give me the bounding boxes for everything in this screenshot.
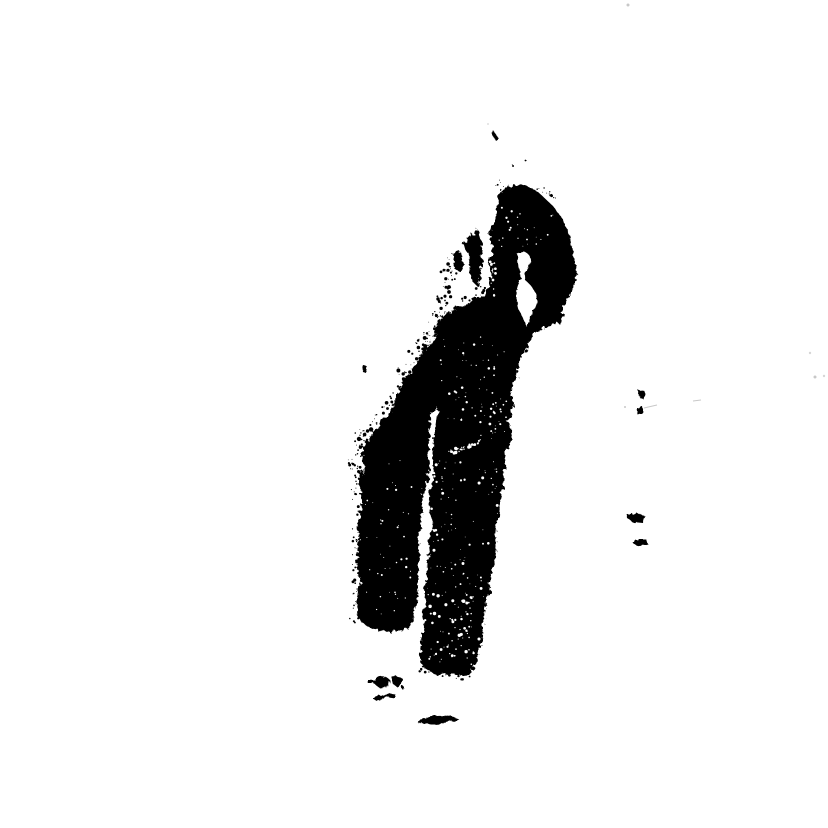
torso-left-band-speck	[374, 418, 375, 419]
right-leg-white-pepper-speck	[488, 608, 490, 610]
torso-left-band-speck	[428, 351, 429, 352]
head-left-trail-speck	[443, 270, 445, 272]
hip-left-band-speck	[357, 466, 358, 467]
torso-left-band-speck	[424, 334, 425, 335]
left-leg-white-pepper-speck	[409, 577, 411, 579]
neck-white-pepper-speck	[491, 438, 492, 439]
shoulder-band-speck	[483, 297, 484, 298]
torso-white-pepper-speck	[483, 360, 484, 361]
head-left-trail-speck	[449, 266, 450, 267]
head-left-trail-speck	[449, 295, 452, 298]
torso-left-band-speck	[411, 353, 413, 355]
right-leg-white-pepper-speck	[461, 645, 462, 646]
torso-left-band-speck	[374, 439, 378, 443]
shoulder-band-speck	[480, 286, 481, 287]
torso-left-band-speck	[417, 365, 418, 366]
neck-white-pepper-speck	[493, 412, 495, 414]
hip-left-band-speck	[357, 468, 358, 469]
torso-left-band-speck	[402, 398, 404, 400]
torso-left-band-speck	[399, 374, 400, 375]
torso-left-band-speck	[410, 378, 411, 379]
foot-bottom-specks-speck	[457, 675, 459, 677]
head-white-pepper-speck	[534, 227, 535, 228]
right-leg-white-pepper-speck	[435, 463, 438, 466]
left-leg-edge-speck	[352, 564, 353, 565]
torso-left-band-speck	[375, 443, 376, 444]
foot-white-pepper-speck	[439, 661, 440, 662]
shoulder-band-speck	[470, 303, 471, 304]
faint-speck-near-tick	[487, 123, 489, 125]
foot-bottom-specks-speck	[467, 669, 470, 672]
foot-bottom-specks-speck	[447, 671, 449, 673]
right-leg-white-pepper-speck	[488, 629, 489, 630]
torso-left-band-speck	[407, 402, 410, 405]
shoulder-band-speck	[445, 302, 448, 305]
torso-left-band-speck	[433, 341, 434, 342]
shoulder-band-speck	[481, 291, 484, 294]
hip-left-band-speck	[352, 459, 353, 460]
head-left-trail-speck	[446, 262, 450, 266]
torso-left-band-speck	[410, 396, 411, 397]
torso-white-pepper-speck	[463, 343, 464, 344]
right-leg-white-pepper-speck	[451, 562, 452, 563]
right-leg-white-pepper-speck	[433, 549, 436, 552]
right-leg-white-pepper-speck	[451, 514, 453, 516]
torso-left-band-speck	[397, 385, 399, 387]
tuft-channel-white-speck	[493, 288, 494, 289]
right-leg-white-pepper-speck	[494, 639, 495, 640]
tuft-channel-white-speck	[489, 253, 490, 254]
right-leg-white-pepper-speck	[498, 601, 499, 602]
shoulder-band-speck	[472, 310, 475, 313]
torso-left-band-speck	[429, 366, 431, 368]
shoulder-band-speck	[477, 301, 478, 302]
head-left-trail-speck	[451, 279, 453, 281]
foot-bottom-specks-speck	[445, 674, 446, 675]
torso-left-band-speck	[367, 448, 369, 450]
right-leg-white-pepper-speck	[433, 541, 434, 542]
tuft-channel-white-speck	[494, 262, 496, 264]
torso-left-band-speck	[372, 431, 373, 432]
torso-white-pepper-speck	[471, 407, 472, 408]
foot-white-pepper-speck	[462, 637, 463, 638]
torso-white-pepper-speck	[454, 418, 455, 419]
right-leg-white-pepper-speck	[497, 568, 499, 570]
head-left-trail-speck	[444, 313, 445, 314]
torso-white-pepper-speck	[443, 339, 444, 340]
left-leg-edge-speck	[358, 520, 360, 522]
right-leg-white-pepper-speck	[460, 549, 461, 550]
head-left-trail-speck	[453, 259, 454, 260]
foot-white-pepper-speck	[429, 656, 430, 657]
right-leg-white-pepper-speck	[488, 649, 489, 650]
waist-white-streak-speck	[448, 451, 449, 452]
foot-bottom-specks-speck	[430, 669, 433, 672]
torso-left-band-speck	[417, 379, 418, 380]
head-top-specks-speck	[495, 185, 496, 186]
hip-left-band-speck	[358, 438, 360, 440]
neck-white-pepper-speck	[479, 421, 481, 423]
right-leg-white-pepper-speck	[467, 577, 469, 579]
hip-left-band-speck	[360, 456, 362, 458]
left-leg-edge-speck	[358, 532, 359, 533]
shoulder-band-speck	[454, 312, 455, 313]
foot-white-pepper-speck	[460, 633, 463, 636]
foot-bottom-specks-speck	[450, 673, 451, 674]
left-leg-white-pepper-speck	[386, 488, 388, 490]
hip-left-band-speck	[357, 449, 359, 451]
foot-bottom-specks-speck	[452, 670, 454, 672]
foot-bottom-specks-speck	[440, 667, 442, 669]
right-leg-white-pepper-speck	[438, 463, 439, 464]
head-white-pepper-speck	[519, 213, 520, 214]
foot-white-pepper-speck	[444, 647, 445, 648]
torso-left-band-speck	[419, 355, 420, 356]
neck-white-pepper-speck	[489, 423, 492, 426]
torso-white-pepper-speck	[455, 391, 457, 393]
left-leg-white-pepper-speck	[380, 554, 381, 555]
left-leg-edge-speck	[358, 553, 359, 554]
right-leg-white-pepper-speck	[473, 651, 474, 652]
torso-white-pepper-speck	[441, 380, 442, 381]
tuft-channel-white-speck	[491, 277, 492, 278]
right-leg-white-pepper-speck	[431, 568, 432, 569]
torso-white-pepper-speck	[474, 415, 476, 417]
right-leg-white-pepper-speck	[498, 643, 499, 644]
head-white-pepper-speck	[517, 217, 518, 218]
right-leg-white-pepper-speck	[481, 476, 484, 479]
head-top-specks-speck	[529, 195, 530, 196]
left-leg-white-pepper-speck	[389, 546, 390, 547]
left-leg-edge-speck	[358, 591, 359, 592]
hip-left-band-speck	[370, 436, 371, 437]
shoulder-band-speck	[462, 300, 463, 301]
neck-white-pepper-speck	[490, 408, 492, 410]
shoulder-band-speck	[475, 299, 477, 301]
shoulder-band-speck	[471, 305, 472, 306]
left-leg-white-pepper-speck	[388, 509, 389, 510]
torso-left-band-speck	[434, 325, 436, 327]
left-leg-white-pepper-speck	[395, 594, 396, 595]
head-top-specks-speck	[515, 193, 516, 194]
hip-left-band-speck	[354, 465, 355, 466]
torso-white-pepper-speck	[496, 406, 497, 407]
torso-white-pepper-speck	[492, 345, 493, 346]
right-leg-white-pepper-speck	[455, 564, 456, 565]
left-leg-edge-speck	[360, 562, 363, 565]
right-leg-white-pepper-speck	[428, 470, 429, 471]
left-leg-edge-speck	[357, 505, 360, 508]
neck-white-pepper-speck	[495, 428, 497, 430]
torso-left-band-speck	[423, 336, 427, 340]
torso-left-band-speck	[375, 415, 376, 416]
torso-white-pepper-speck	[456, 376, 457, 377]
shoulder-band-speck	[488, 295, 490, 297]
torso-white-pepper-speck	[449, 394, 450, 395]
right-leg-white-pepper-speck	[488, 494, 489, 495]
shoulder-band-speck	[441, 317, 442, 318]
right-leg-white-pepper-speck	[428, 535, 430, 537]
left-leg-white-pepper-speck	[377, 573, 378, 574]
foot-bottom-specks-speck	[435, 669, 437, 671]
head-left-trail-speck	[444, 277, 447, 280]
head-white-pepper-speck	[511, 210, 513, 212]
torso-left-band-speck	[383, 432, 384, 433]
torso-white-pepper-speck	[500, 398, 501, 399]
right-leg-white-pepper-speck	[436, 534, 438, 536]
head-left-trail-speck	[446, 270, 447, 271]
tuft-channel-white-speck	[487, 245, 488, 246]
hip-left-band-speck	[356, 445, 357, 446]
head-left-trail-speck	[455, 265, 456, 266]
torso-left-band-speck	[419, 357, 420, 358]
head-white-pepper-speck	[523, 246, 524, 247]
right-leg-white-pepper-speck	[473, 521, 474, 522]
head-left-trail-speck	[454, 268, 455, 269]
foot-white-pepper-speck	[462, 599, 466, 603]
right-leg-white-pepper-speck	[441, 526, 442, 527]
foot-white-pepper-speck	[434, 655, 435, 656]
right-leg-white-pepper-speck	[437, 566, 438, 567]
head-top-specks-speck	[510, 194, 512, 196]
torso-left-band-speck	[363, 433, 367, 437]
right-leg-white-pepper-speck	[433, 475, 435, 477]
right-leg-white-pepper-speck	[492, 635, 495, 638]
torso-left-band-speck	[403, 380, 405, 382]
neck-white-pepper-speck	[481, 404, 482, 405]
left-leg-edge-speck	[355, 481, 356, 482]
torso-white-pepper-speck	[493, 411, 494, 412]
left-leg-edge-speck	[357, 527, 359, 529]
right-leg-white-pepper-speck	[448, 531, 449, 532]
right-leg-white-pepper-speck	[454, 655, 456, 657]
tuft-channel-white-speck	[493, 263, 494, 264]
left-leg-white-pepper-speck	[380, 523, 381, 524]
head-left-trail-speck	[447, 269, 450, 272]
waist-white-streak-speck	[456, 448, 458, 450]
right-leg-white-pepper-speck	[494, 621, 496, 623]
right-leg-white-pepper-speck	[494, 612, 497, 615]
torso-left-band-speck	[405, 372, 406, 373]
right-leg-white-pepper-speck	[451, 599, 454, 602]
tuft-channel-white-speck	[494, 267, 497, 270]
right-leg-white-pepper-speck	[444, 524, 445, 525]
right-leg-white-pepper-speck	[450, 618, 451, 619]
right-leg-white-pepper-speck	[469, 583, 470, 584]
head-left-trail-speck	[448, 279, 449, 280]
right-leg-white-pepper-speck	[499, 536, 500, 537]
head-top-specks-speck	[549, 194, 551, 196]
right-leg-white-pepper-speck	[460, 583, 462, 585]
shoulder-band-speck	[478, 299, 479, 300]
torso-left-band-speck	[366, 429, 369, 432]
tuft-channel-white-speck	[492, 255, 493, 256]
waist-white-streak-speck	[450, 449, 451, 450]
waist-white-streak-speck	[461, 449, 463, 451]
left-leg-white-pepper-speck	[389, 463, 390, 464]
hip-left-band-speck	[363, 430, 364, 431]
neck-white-pepper-speck	[480, 410, 482, 412]
shoulder-band-speck	[450, 312, 451, 313]
right-leg-white-pepper-speck	[491, 491, 492, 492]
hip-left-band-speck	[355, 432, 357, 434]
left-leg-white-pepper-speck	[369, 569, 370, 570]
head-top-specks-speck	[519, 186, 522, 189]
torso-left-band-speck	[417, 346, 421, 350]
neck-white-pepper-speck	[492, 433, 493, 434]
torso-left-band-speck	[369, 424, 371, 426]
right-leg-white-pepper-speck	[472, 596, 473, 597]
foot-white-pepper-speck	[463, 627, 466, 630]
torso-left-band-speck	[402, 372, 405, 375]
left-leg-edge-speck	[356, 591, 357, 592]
torso-left-band-speck	[421, 369, 422, 370]
right-leg-white-pepper-speck	[459, 461, 461, 463]
head-top-specks-speck	[508, 185, 509, 186]
torso-white-pepper-speck	[461, 386, 464, 389]
foot-bottom-specks-speck	[454, 672, 455, 673]
torso-white-pepper-speck	[444, 346, 445, 347]
head-white-pepper-speck	[517, 224, 518, 225]
foot-white-pepper-speck	[461, 616, 462, 617]
head-top-specks-speck	[534, 190, 535, 191]
right-leg-white-pepper-speck	[449, 653, 450, 654]
left-leg-white-pepper-speck	[366, 592, 367, 593]
torso-white-pepper-speck	[465, 392, 466, 393]
torso-left-band-speck	[386, 421, 387, 422]
right-leg-white-pepper-speck	[480, 587, 483, 590]
torso-left-band-speck	[387, 423, 388, 424]
right-leg-white-pepper-speck	[451, 640, 453, 642]
torso-left-band-speck	[395, 414, 398, 417]
right-leg-white-pepper-speck	[441, 476, 442, 477]
right-leg-white-pepper-speck	[441, 499, 442, 500]
left-leg-edge-speck	[354, 566, 356, 568]
left-leg-edge-speck	[357, 563, 358, 564]
foot-bottom-specks-speck	[424, 667, 426, 669]
torso-white-pepper-speck	[458, 349, 459, 350]
torso-left-band-speck	[390, 416, 394, 420]
torso-left-band-speck	[381, 428, 384, 431]
head-left-trail-speck	[432, 315, 433, 316]
torso-left-band-speck	[412, 371, 414, 373]
right-leg-white-pepper-speck	[470, 620, 471, 621]
hip-left-band-speck	[354, 440, 356, 442]
hip-left-band-speck	[348, 460, 349, 461]
right-leg-white-pepper-speck	[463, 573, 465, 575]
foot-bottom-specks-speck	[428, 671, 429, 672]
torso-white-pepper-speck	[479, 388, 480, 389]
shoulder-band-speck	[475, 287, 478, 290]
head-white-pepper-speck	[536, 243, 538, 245]
shoulder-band-speck	[461, 298, 463, 300]
right-leg-white-pepper-speck	[495, 469, 496, 470]
torso-left-band-speck	[420, 354, 423, 357]
right-leg-white-pepper-speck	[495, 621, 496, 622]
head-white-pepper-speck	[501, 207, 502, 208]
right-leg-white-pepper-speck	[497, 513, 498, 514]
right-leg-white-pepper-speck	[428, 516, 429, 517]
shoulder-band-speck	[484, 302, 487, 305]
foot-white-pepper-speck	[438, 615, 441, 618]
right-leg-white-pepper-speck	[440, 631, 441, 632]
shoulder-band-speck	[453, 307, 456, 310]
torso-left-band-speck	[375, 449, 376, 450]
torso-left-band-speck	[392, 392, 393, 393]
left-leg-edge-speck	[352, 528, 353, 529]
torso-left-band-speck	[375, 433, 376, 434]
torso-left-band-speck	[423, 332, 424, 333]
left-leg-white-pepper-speck	[400, 558, 402, 560]
torso-white-pepper-speck	[493, 374, 495, 376]
tuft-channel-white-speck	[487, 258, 489, 260]
right-leg-white-pepper-speck	[455, 528, 456, 529]
foot-bottom-specks-speck	[465, 673, 467, 675]
torso-left-band-speck	[427, 341, 428, 342]
tuft-channel-white-speck	[490, 253, 491, 254]
foot-white-pepper-speck	[451, 656, 452, 657]
foot-bottom-specks-speck	[438, 670, 439, 671]
hip-left-band-speck	[362, 430, 363, 431]
torso-left-band-speck	[396, 369, 400, 373]
foot-bottom-specks-speck	[436, 674, 438, 676]
left-leg-edge-speck	[356, 589, 357, 590]
waist-white-streak-speck	[455, 451, 457, 453]
left-leg-white-pepper-speck	[385, 568, 386, 569]
shoulder-band-speck	[452, 315, 453, 316]
left-leg-white-pepper-speck	[381, 520, 383, 522]
left-leg-white-pepper-speck	[395, 485, 396, 486]
right-leg-white-pepper-speck	[441, 492, 444, 495]
waist-white-streak-speck	[463, 446, 464, 447]
torso-left-band-speck	[382, 438, 386, 442]
foot-white-pepper-speck	[442, 595, 443, 596]
tuft-channel-white-speck	[493, 294, 494, 295]
left-leg-white-pepper-speck	[397, 598, 398, 599]
torso-left-band-speck	[411, 369, 412, 370]
hip-left-band-speck	[350, 468, 351, 469]
torso-left-band-speck	[404, 371, 405, 372]
neck-white-pepper-speck	[495, 426, 496, 427]
torso-white-pepper-speck	[461, 418, 462, 419]
head-top-specks-speck	[499, 180, 500, 181]
torso-left-band-speck	[409, 396, 412, 399]
left-leg-edge-speck	[354, 475, 356, 477]
right-leg-white-pepper-speck	[489, 589, 490, 590]
torso-left-band-speck	[425, 341, 426, 342]
foot-white-pepper-speck	[444, 603, 447, 606]
foot-white-pepper-speck	[436, 594, 439, 597]
torso-left-band-speck	[428, 335, 429, 336]
left-leg-edge-speck	[357, 617, 359, 619]
torso-left-band-speck	[407, 385, 410, 388]
foot-bottom-specks-speck	[442, 675, 444, 677]
right-leg-white-pepper-speck	[471, 597, 473, 599]
shoulder-band-speck	[473, 299, 474, 300]
head-white-pepper-speck	[540, 239, 541, 240]
torso-left-band-speck	[426, 332, 428, 334]
right-leg-white-pepper-speck	[465, 593, 466, 594]
faint-speck-edge-3	[823, 375, 825, 377]
head-left-trail-speck	[450, 266, 451, 267]
left-leg-edge-speck	[356, 514, 358, 516]
neck-white-pepper-speck	[489, 416, 491, 418]
tuft-channel-white-speck	[488, 243, 489, 244]
left-leg-edge-speck	[352, 569, 354, 571]
torso-left-band-speck	[400, 399, 403, 402]
right-leg-white-pepper-speck	[453, 473, 454, 474]
foot-bottom-specks-speck	[455, 673, 457, 675]
